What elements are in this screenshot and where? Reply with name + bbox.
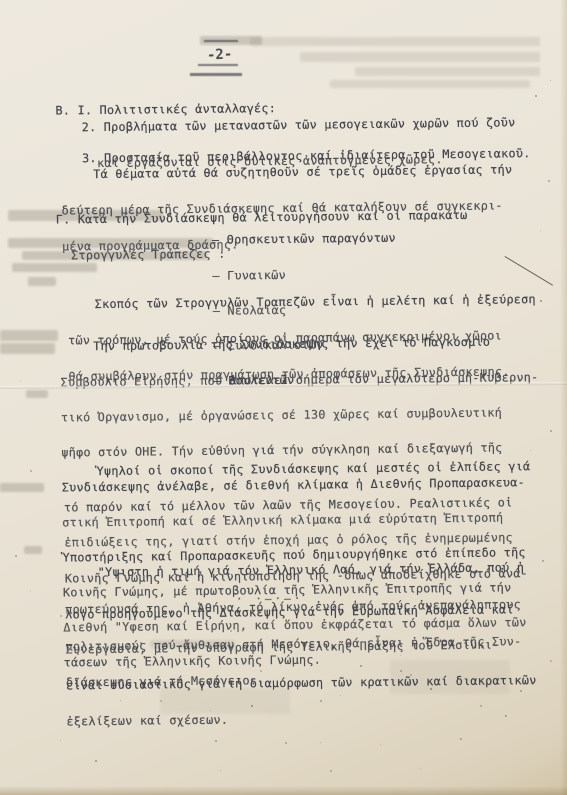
text-line: διάσκεψης γιά τή Μεσόγειο. bbox=[66, 671, 526, 688]
paper-edge-shadow bbox=[560, 0, 567, 795]
text-line: τό παρόν καί τό μέλλον τῶν λαῶν τῆς Μεσο… bbox=[64, 497, 535, 514]
text-line: πολιτισμούς πού ἄνθισαν στή Μεσόγειο, θά… bbox=[66, 635, 526, 652]
paper-edge-shadow bbox=[0, 786, 567, 795]
text-line: τικό Ὀργανισμο, μέ ὀργανώσεις σέ 130 χῶρ… bbox=[61, 407, 539, 424]
text-line: Τά θέματα αὐτά θά συζητηθοῦν σέ τρεῖς ὁμ… bbox=[93, 163, 512, 180]
text-line: Σκοπός τῶν Στρογγυλῶν Τραπεζῶν εἶναι ἡ μ… bbox=[95, 293, 536, 310]
text-line: "Υψιστη ἡ τιμή γιά τόν Ἑλληνικό Λαό, γιά… bbox=[98, 562, 525, 579]
text-line: Ὑψηλοί οἱ σκοποί τῆς Συνδιάσκεψης καί με… bbox=[97, 461, 535, 478]
text-line: – Θρησκευτικῶν παραγόντων bbox=[212, 233, 396, 247]
document-page: -2- Β. Ι. Πολιτιστικές ἀνταλλαγές: 2. Πρ… bbox=[0, 0, 567, 795]
text-line: ἐξελίξεων καί σχέσεων. bbox=[66, 711, 537, 728]
typewritten-text: Β. Ι. Πολιτιστικές ἀνταλλαγές: 2. Προβλή… bbox=[0, 0, 567, 795]
paragraph-ypsisti: "Υψιστη ἡ τιμή γιά τόν Ἑλληνικό Λαό, γιά… bbox=[64, 537, 525, 713]
end-of-text-mark: · ·–·–· bbox=[236, 593, 303, 606]
text-line: Τήν πρωτοβουλία τῆς Συνδιάσκεψης τήν ἔχε… bbox=[93, 336, 538, 353]
paper-speckles bbox=[77, 653, 79, 655]
paper-speckles bbox=[120, 700, 121, 701]
